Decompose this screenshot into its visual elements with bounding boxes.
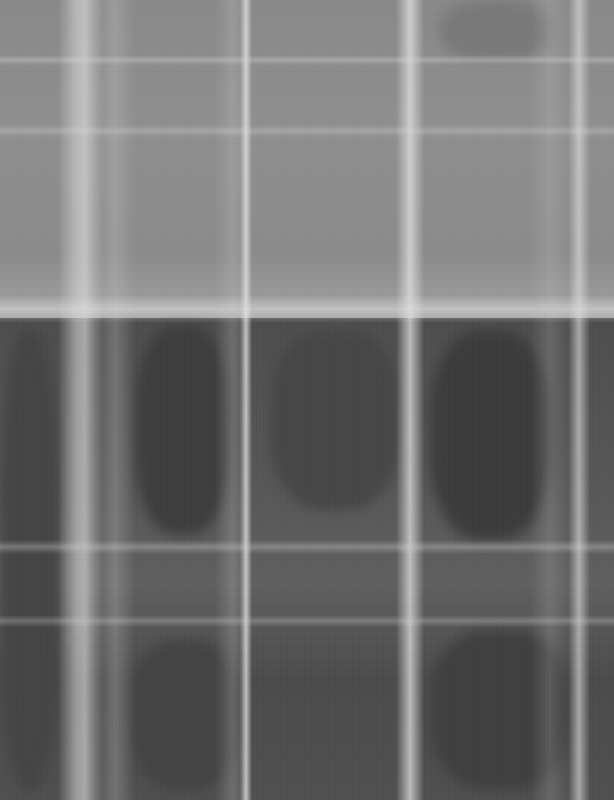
abstract-print	[0, 0, 614, 800]
film-grain	[0, 0, 614, 800]
